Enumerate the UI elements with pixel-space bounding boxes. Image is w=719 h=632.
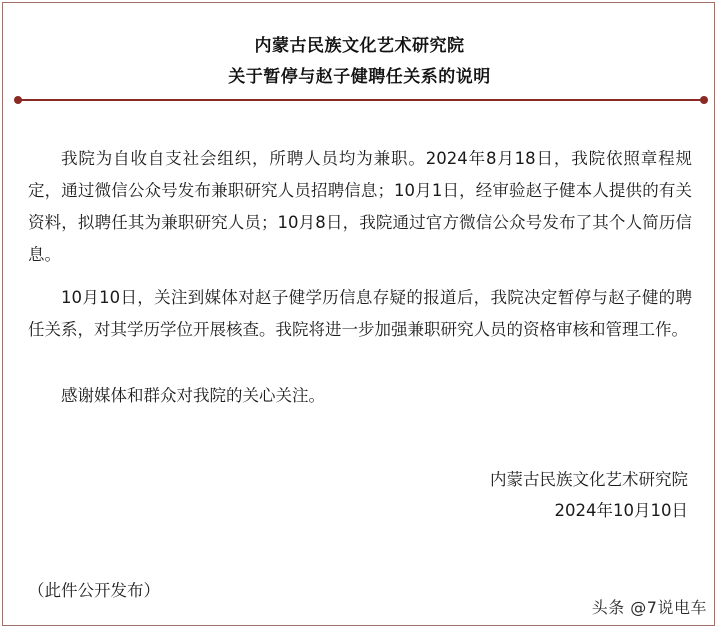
divider-dot-left: [14, 96, 22, 104]
title-divider: [18, 99, 704, 101]
document-title-subject: 关于暂停与赵子健聘任关系的说明: [0, 62, 719, 87]
body-paragraph-3: 感谢媒体和群众对我院的关心关注。: [28, 380, 692, 412]
source-watermark: 头条 @7说电车: [592, 595, 707, 618]
body-paragraph-2: 10月10日，关注到媒体对赵子健学历信息存疑的报道后，我院决定暂停与赵子健的聘任…: [28, 282, 692, 346]
body-paragraph-1: 我院为自收自支社会组织，所聘人员均为兼职。2024年8月18日，我院依照章程规定…: [28, 143, 692, 271]
document-title-organization: 内蒙古民族文化艺术研究院: [0, 31, 719, 56]
signature-date: 2024年10月10日: [555, 497, 688, 521]
signature-organization: 内蒙古民族文化艺术研究院: [490, 466, 688, 490]
divider-dot-right: [700, 96, 708, 104]
public-release-note: （此件公开发布）: [28, 577, 160, 601]
